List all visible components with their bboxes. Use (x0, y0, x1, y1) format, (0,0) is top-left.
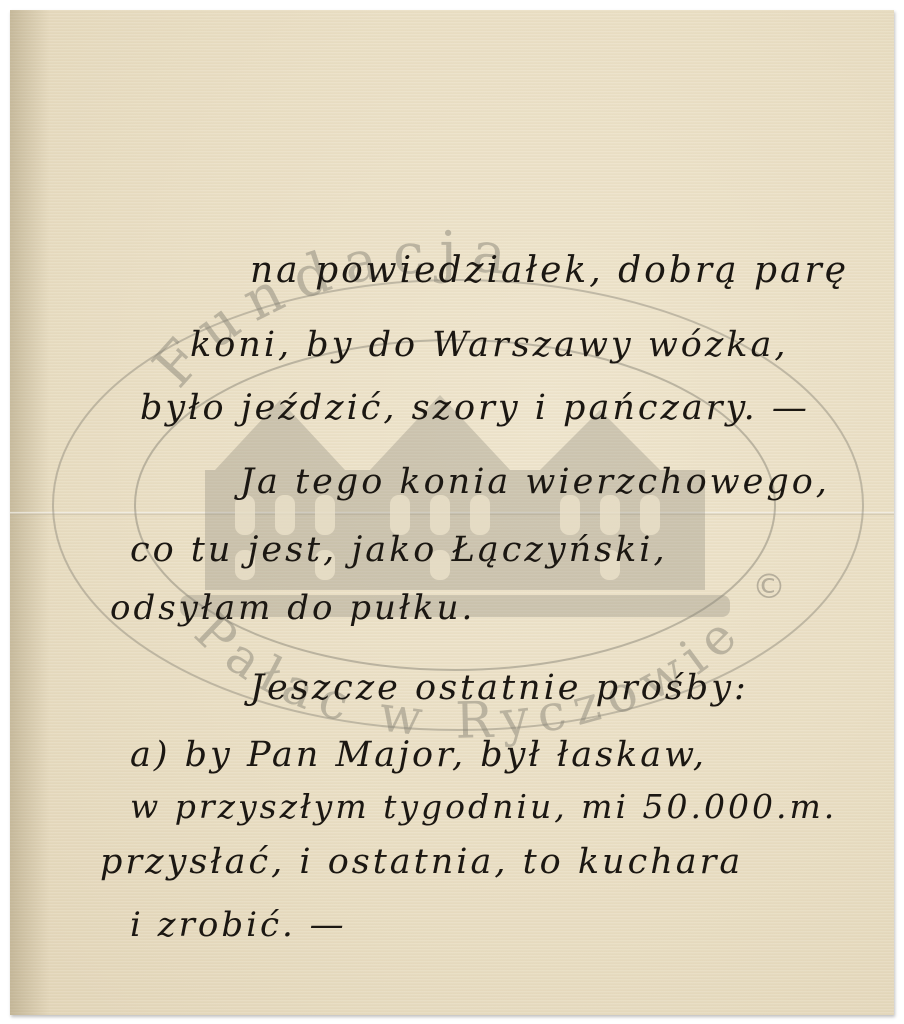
letter-line-6: odsyłam do pułku. (110, 588, 475, 628)
letter-line-10: przysłać, i ostatnia, to kuchara (100, 842, 743, 882)
letter-line-2: koni, by do Warszawy wózka, (190, 325, 789, 365)
letter-line-1: na powiedziałek, dobrą parę (250, 250, 849, 291)
letter-line-4: Ja tego konia wierzchowego, (240, 462, 830, 502)
letter-line-8: a) by Pan Major, był łaskaw, (130, 735, 707, 775)
letter-line-5: co tu jest, jako Łączyński, (130, 530, 668, 570)
letter-line-3: było jeździć, szory i pańczary. — (140, 388, 810, 428)
letter-line-11: i zrobić. — (130, 905, 347, 945)
letter-line-9: w przyszłym tygodniu, mi 50.000.m. (130, 787, 837, 826)
letter-line-7: Jeszcze ostatnie prośby: (250, 668, 749, 708)
paper-fold-crease (10, 512, 894, 515)
